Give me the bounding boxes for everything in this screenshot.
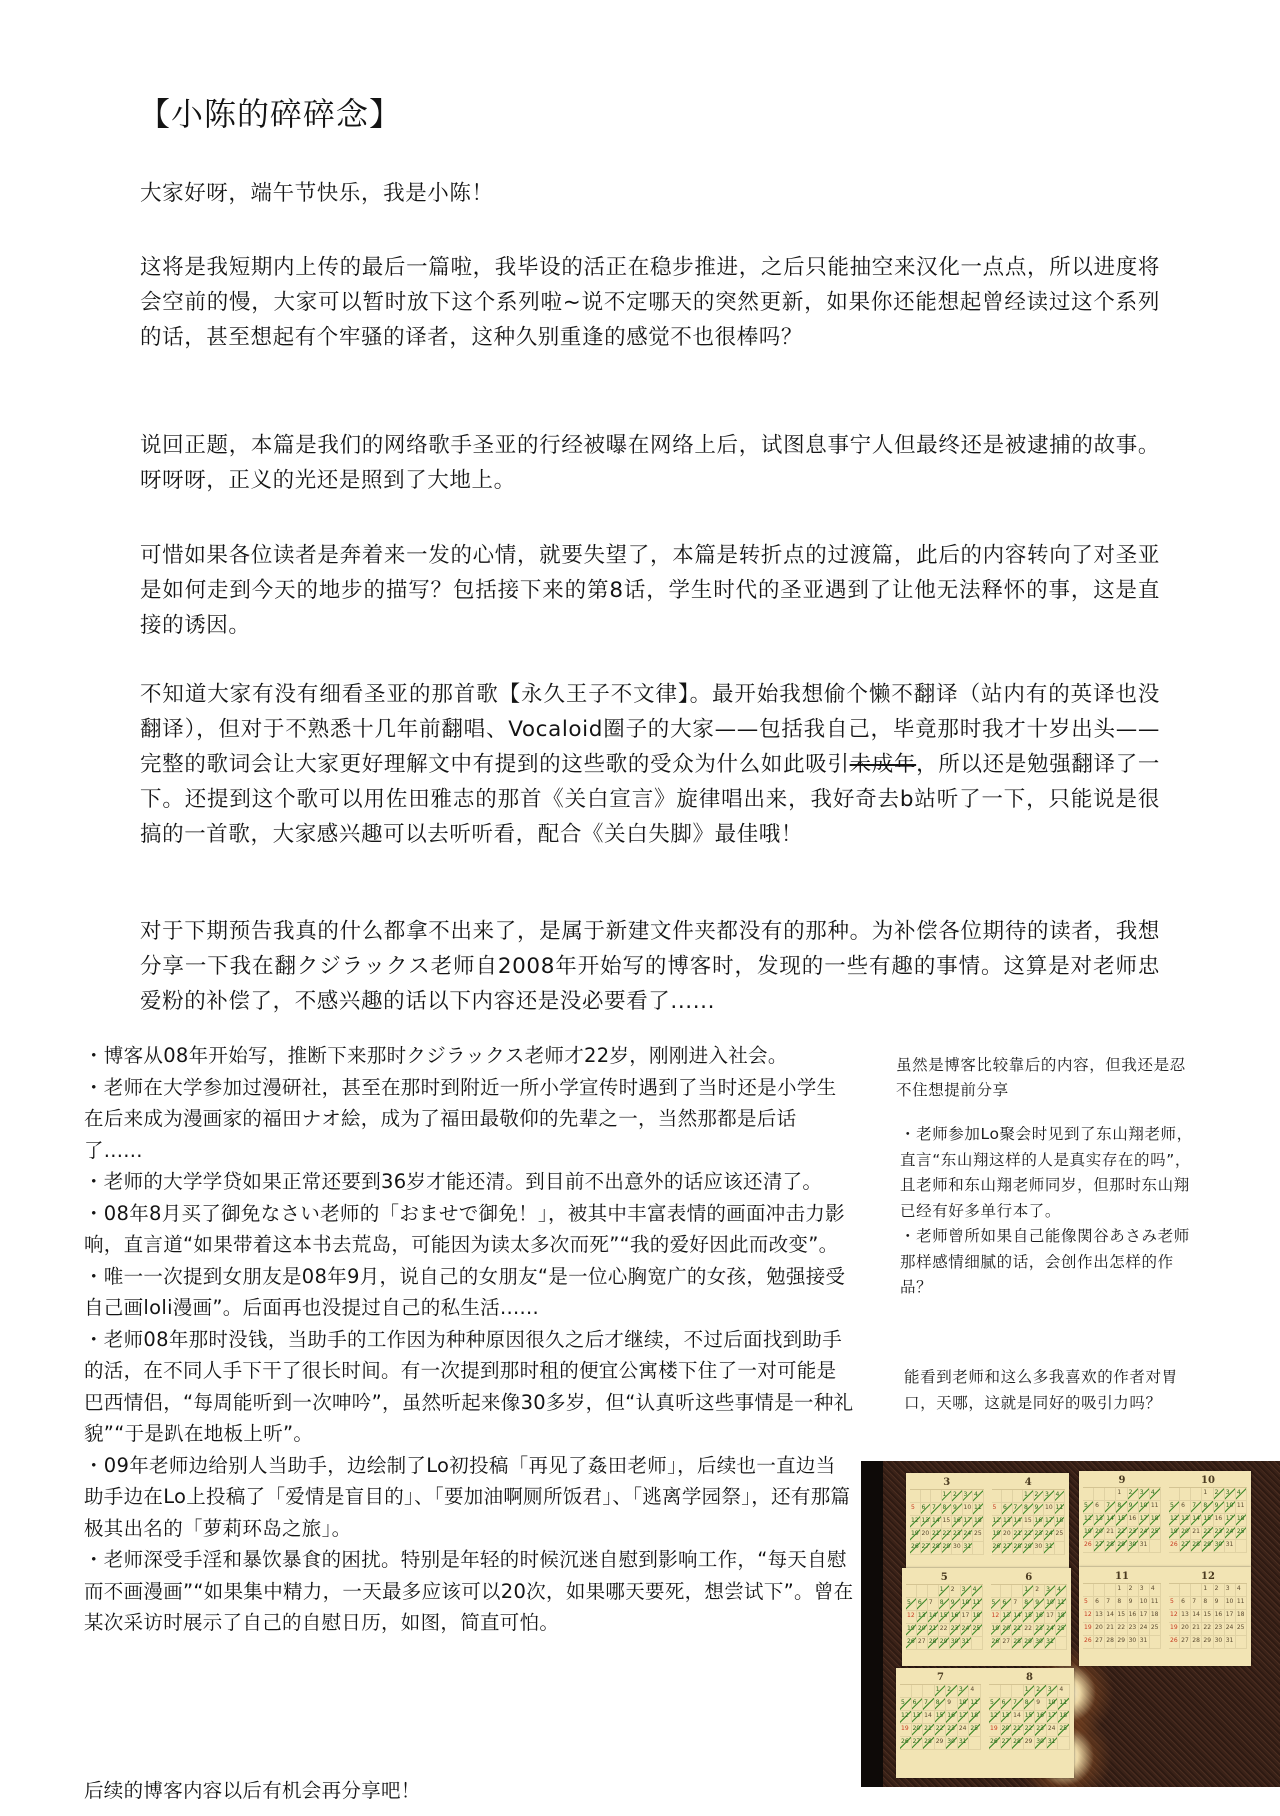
paragraph-story-summary: 说回正题，本篇是我们的网络歌手圣亚的行经被曝在网络上后，试图息事宁人但最终还是被… <box>140 428 1160 498</box>
blog-notes-list: ・博客从08年开始写，推断下来那时クジラックス老师才22岁，刚刚进入社会。 ・老… <box>84 1040 854 1639</box>
calendar-sheet-may-jun: 5123456789101112131415161718192021222324… <box>902 1568 1071 1666</box>
calendar-grid: 1234567891011121314151617181920212223242… <box>989 1684 1070 1750</box>
month-number: 6 <box>991 1572 1068 1584</box>
list-item: ・08年8月买了御免なさい老师的「おませで御免！」，被其中丰富表情的画面冲击力影… <box>84 1198 854 1261</box>
calendar-grid: 1234567891011121314151617181920212223242… <box>906 1584 983 1650</box>
calendar-grid: 1234567891011121314151617181920212223242… <box>991 1584 1068 1650</box>
sidebar-outro: 能看到老师和这么多我喜欢的作者对胃口，天哪，这就是同好的吸引力吗？ <box>904 1365 1194 1416</box>
calendar-grid: 1234567891011121314151617181920212223242… <box>1083 1487 1161 1553</box>
list-item: ・09年老师边给别人当助手，边绘制了Lo初投稿「再见了姦田老师」，后续也一直边当… <box>84 1450 854 1545</box>
calendar-sheet-jul-aug: 7123456789101112131415161718192021222324… <box>896 1668 1074 1778</box>
calendar-grid: 1234567891011121314151617181920212223242… <box>910 1489 984 1555</box>
calendar-month: 1012345678910111213141516171819202122232… <box>1165 1471 1251 1567</box>
calendar-month: 9123456789101112131415161718192021222324… <box>1079 1471 1165 1567</box>
month-number: 4 <box>992 1477 1066 1489</box>
paragraph-progress-note: 这将是我短期内上传的最后一篇啦，我毕设的活正在稳步推进，之后只能抽空来汉化一点点… <box>140 250 1160 355</box>
calendar-grid: 1234567891011121314151617181920212223242… <box>1169 1487 1247 1553</box>
calendar-sheet-nov-dec: 1112345678910111213141516171819202122232… <box>1079 1567 1251 1666</box>
calendar-month: 1212345678910111213141516171819202122232… <box>1165 1567 1251 1666</box>
month-number: 5 <box>906 1572 983 1584</box>
paragraph-song-translation: 不知道大家有没有细看圣亚的那首歌【永久王子不文律】。最开始我想偷个懒不翻译（站内… <box>140 677 1160 852</box>
calendar-month: 8123456789101112131415161718192021222324… <box>985 1668 1074 1778</box>
paragraph-blog-intro: 对于下期预告我真的什么都拿不出来了，是属于新建文件夹都没有的那种。为补偿各位期待… <box>140 914 1160 1019</box>
calendar-sheet-sep-oct: 9123456789101112131415161718192021222324… <box>1079 1471 1251 1567</box>
sidebar-intro: 虽然是博客比较靠后的内容，但我还是忍不住想提前分享 <box>896 1053 1196 1103</box>
calendar-month: 3123456789101112131415161718192021222324… <box>906 1473 988 1568</box>
page-title: 【小陈的碎碎念】 <box>138 92 402 136</box>
calendar-month: 1112345678910111213141516171819202122232… <box>1079 1567 1165 1666</box>
list-item: ・老师参加Lo聚会时见到了东山翔老师，直言“东山翔这样的人是真实存在的吗”，且老… <box>900 1122 1200 1224</box>
month-number: 10 <box>1169 1475 1247 1487</box>
month-number: 8 <box>989 1672 1070 1684</box>
month-number: 11 <box>1083 1571 1161 1583</box>
month-number: 9 <box>1083 1475 1161 1487</box>
calendar-grid: 1234567891011121314151617181920212223242… <box>900 1684 981 1750</box>
list-item: ・老师深受手淫和暴饮暴食的困扰。特别是年轻的时候沉迷自慰到影响工作，“每天自慰而… <box>84 1544 854 1639</box>
sidebar-notes-list: ・老师参加Lo聚会时见到了东山翔老师，直言“东山翔这样的人是真实存在的吗”，且老… <box>900 1122 1200 1301</box>
list-item: ・老师曾所如果自己能像関谷あさみ老师那样感情细腻的话，会创作出怎样的作品？ <box>900 1224 1200 1301</box>
list-item: ・博客从08年开始写，推断下来那时クジラックス老师才22岁，刚刚进入社会。 <box>84 1040 854 1072</box>
calendar-month: 6123456789101112131415161718192021222324… <box>987 1568 1072 1666</box>
closing-note: 后续的博客内容以后有机会再分享吧！ <box>84 1777 421 1805</box>
calendar-month: 5123456789101112131415161718192021222324… <box>902 1568 987 1666</box>
list-item: ・老师的大学学贷如果正常还要到36岁才能还清。到目前不出意外的话应该还清了。 <box>84 1166 854 1198</box>
month-number: 12 <box>1169 1571 1247 1583</box>
calendar-month: 7123456789101112131415161718192021222324… <box>896 1668 985 1778</box>
list-item: ・老师08年那时没钱，当助手的工作因为种种原因很久之后才继续，不过后面找到助手的… <box>84 1324 854 1450</box>
greeting-paragraph: 大家好呀，端午节快乐，我是小陈！ <box>140 176 1160 211</box>
calendar-grid: 1234567891011121314151617181920212223242… <box>1083 1583 1161 1649</box>
paragraph-transition-note: 可惜如果各位读者是奔着来一发的心情，就要失望了，本篇是转折点的过渡篇，此后的内容… <box>140 538 1160 643</box>
struck-text: 未成年 <box>850 752 917 777</box>
calendar-sheet-mar-apr: 3123456789101112131415161718192021222324… <box>906 1473 1069 1568</box>
list-item: ・唯一一次提到女朋友是08年9月，说自己的女朋友“是一位心胸宽广的女孩，勉强接受… <box>84 1261 854 1324</box>
calendar-grid: 1234567891011121314151617181920212223242… <box>1169 1583 1247 1649</box>
month-number: 3 <box>910 1477 984 1489</box>
list-item: ・老师在大学参加过漫研社，甚至在那时到附近一所小学宣传时遇到了当时还是小学生在后… <box>84 1072 854 1167</box>
calendar-photo: 3123456789101112131415161718192021222324… <box>861 1461 1280 1787</box>
month-number: 7 <box>900 1672 981 1684</box>
calendar-month: 4123456789101112131415161718192021222324… <box>988 1473 1070 1568</box>
calendar-grid: 1234567891011121314151617181920212223242… <box>992 1489 1066 1555</box>
